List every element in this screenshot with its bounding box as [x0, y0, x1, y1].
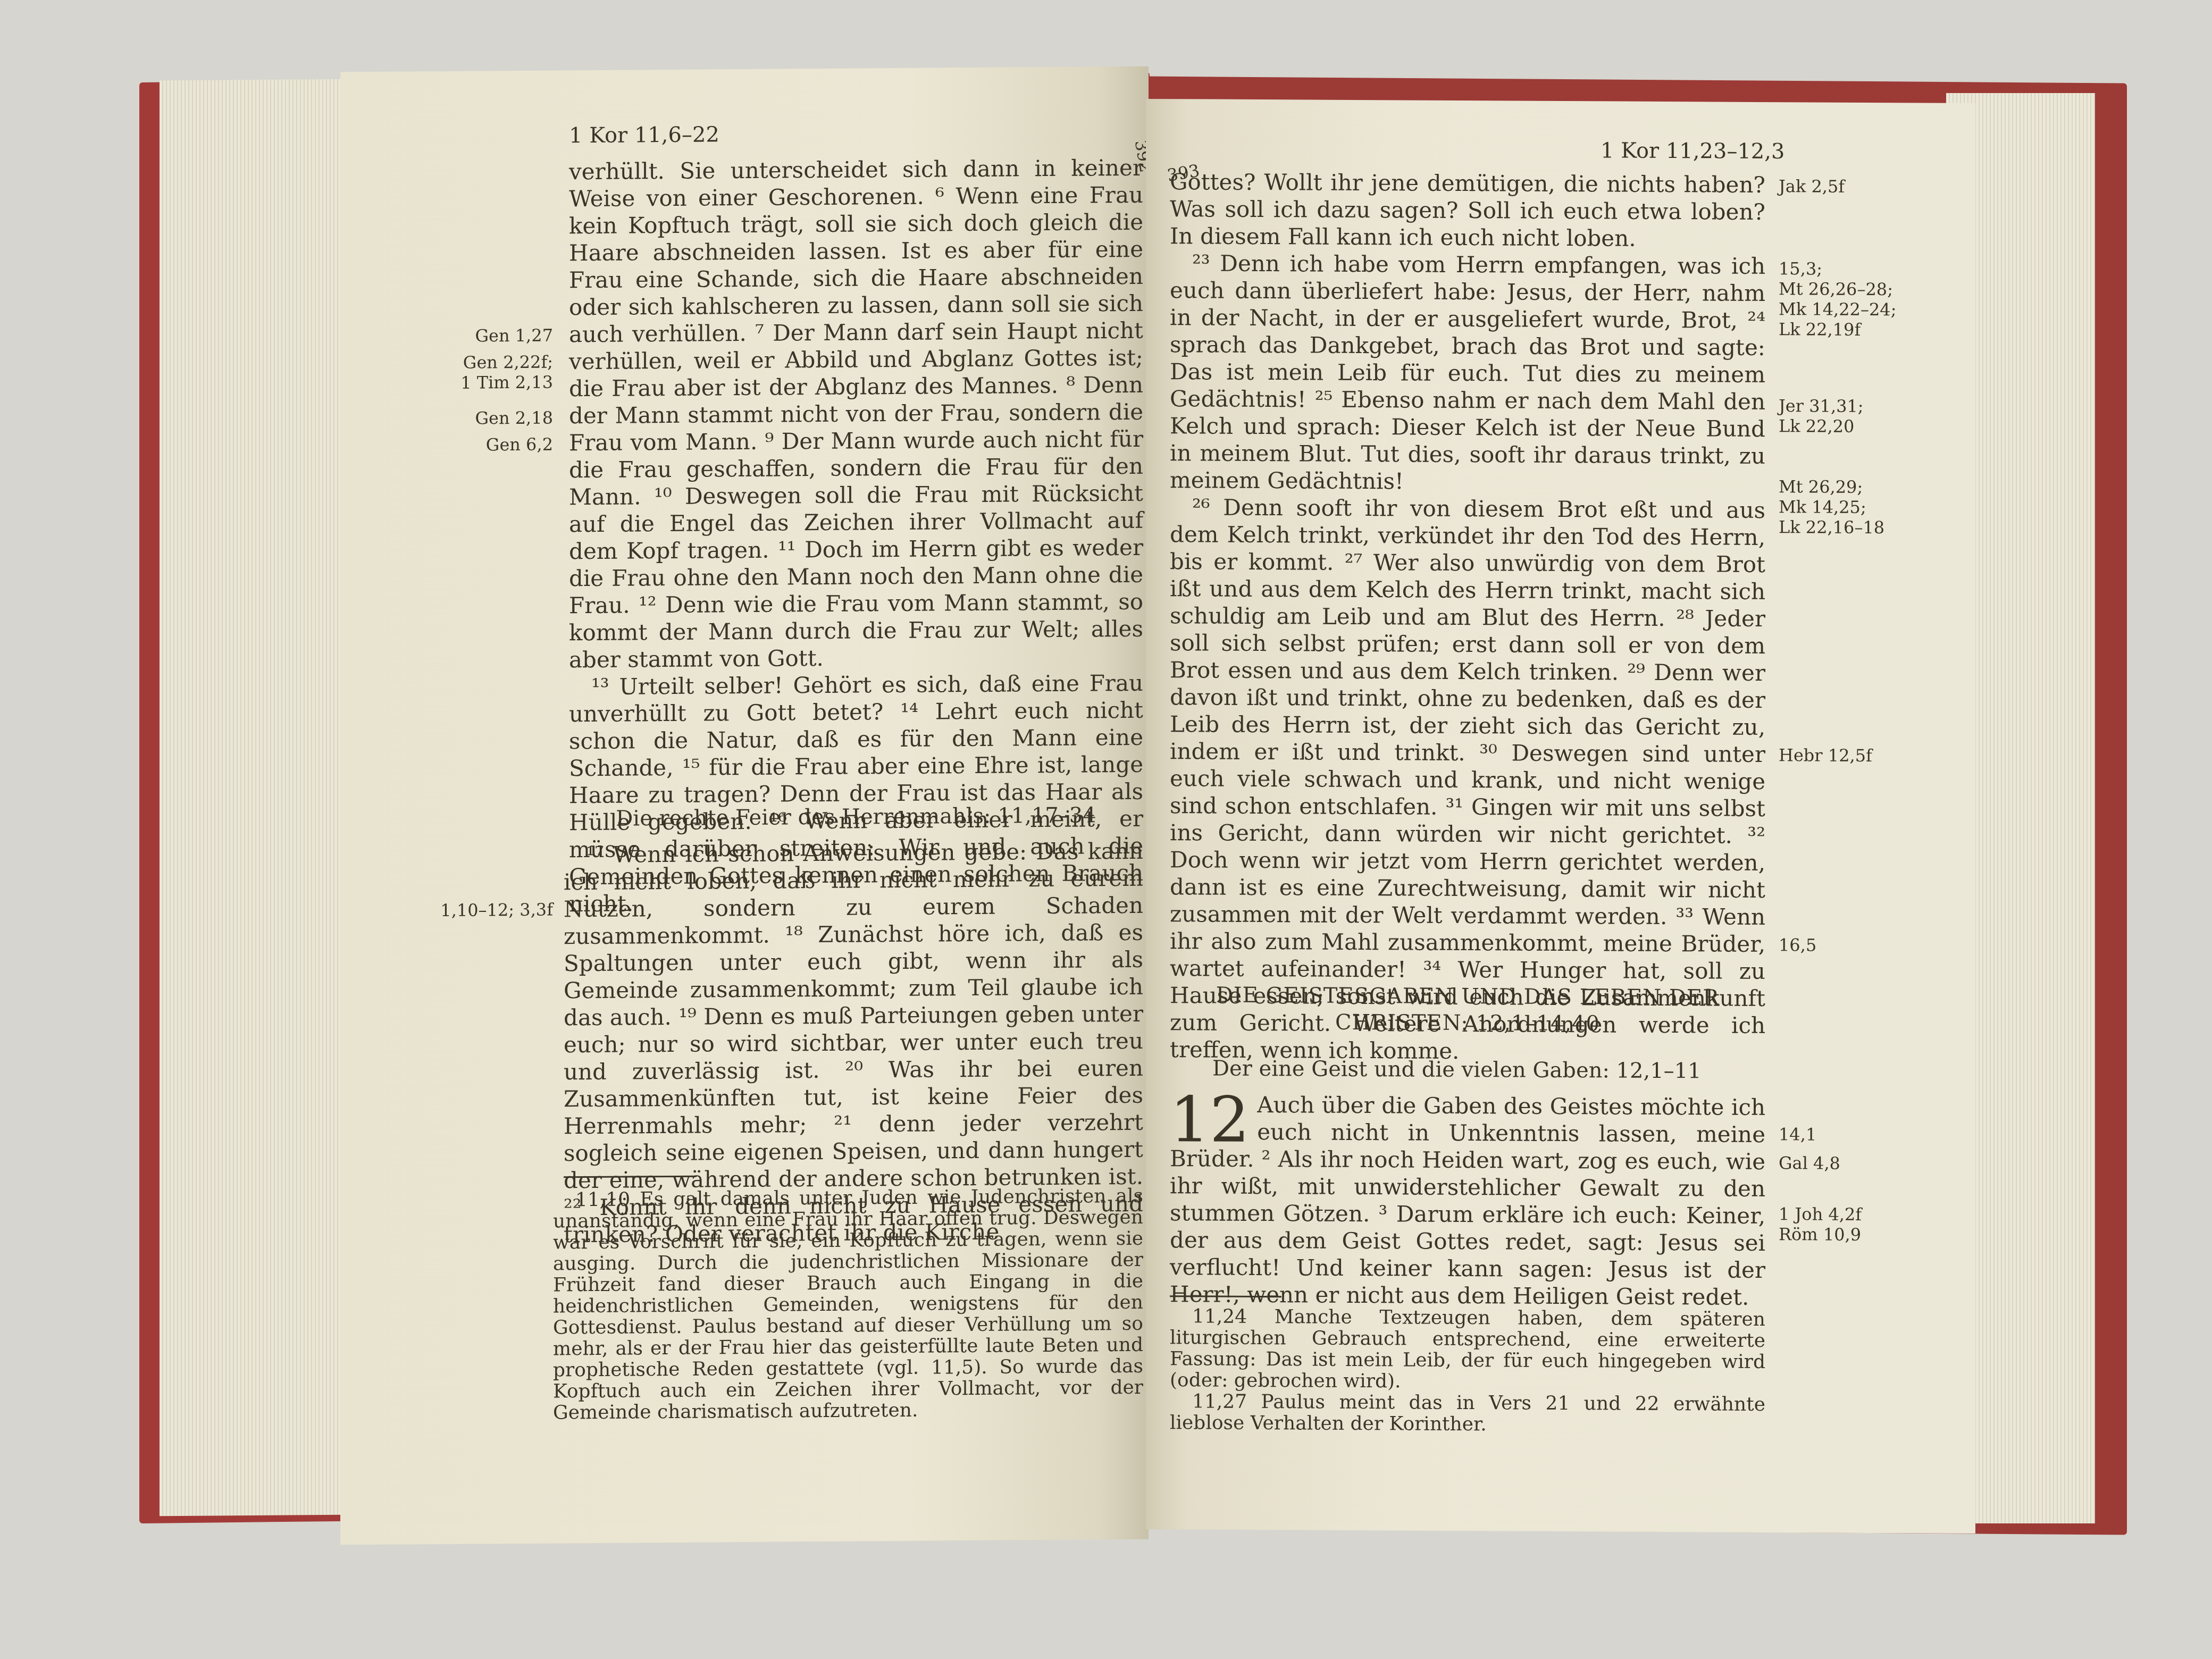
margin-ref: 16,5 [1779, 935, 1816, 954]
right-page: 1 Kor 11,23–12,3 393 Gottes? Wollt ihr j… [1146, 99, 1975, 1534]
footnote: 11,24 Manche Textzeugen haben, dem späte… [1170, 1306, 1765, 1394]
right-main-text: Gottes? Wollt ihr jene demütigen, die ni… [1170, 168, 1765, 1066]
left-footnotes: 11,10 Es galt damals unter Juden wie Jud… [553, 1186, 1143, 1424]
margin-ref: Lk 22,20 [1779, 416, 1854, 436]
margin-ref: Mk 14,22–24; [1779, 299, 1896, 319]
margin-ref: Hebr 12,5f [1779, 745, 1872, 765]
margin-ref: Röm 10,9 [1779, 1225, 1861, 1244]
margin-ref: 1 Joh 4,2f [1779, 1204, 1862, 1224]
margin-ref: Mk 14,25; [1779, 497, 1866, 517]
margin-ref: Gen 2,18 [475, 408, 553, 428]
margin-ref: Jer 31,31; [1779, 396, 1864, 416]
footnote: 11,27 Paulus meint das in Vers 21 und 22… [1170, 1391, 1765, 1437]
margin-ref: Gen 1,27 [475, 326, 553, 346]
margin-ref: Lk 22,16–18 [1779, 517, 1884, 537]
margin-ref: 15,3; [1779, 259, 1822, 278]
margin-ref: 1 Tim 2,13 [460, 373, 553, 392]
section-heading: Die rechte Feier des Herrenmahls: 11,17–… [569, 803, 1143, 832]
chapter-number: 12 [1170, 1094, 1250, 1145]
margin-ref: Mt 26,29; [1779, 477, 1863, 497]
sub-heading: Der eine Geist und die vielen Gaben: 12,… [1170, 1056, 1702, 1083]
chapter-12-text: 12 Auch über die Gaben des Geistes möcht… [1170, 1091, 1765, 1311]
paragraph: Gottes? Wollt ihr jene demütigen, die ni… [1170, 168, 1765, 253]
footnote: 11,10 Es galt damals unter Juden wie Jud… [553, 1186, 1143, 1424]
margin-ref: Jak 2,5f [1779, 177, 1845, 196]
paragraph: verhüllt. Sie unterscheidet sich dann in… [569, 154, 1143, 674]
major-heading-line-2: CHRISTEN: 12,1–14,40 [1170, 1008, 1765, 1038]
page-edges-left [160, 79, 340, 1516]
running-head-right: 1 Kor 11,23–12,3 [1601, 138, 1784, 164]
chapter-text: Auch über die Gaben des Geistes möchte i… [1170, 1092, 1765, 1310]
left-page: 1 Kor 11,6–22 392 Gen 1,27 Gen 2,22f; 1 … [340, 66, 1149, 1545]
right-footnotes: 11,24 Manche Textzeugen haben, dem späte… [1170, 1306, 1765, 1437]
margin-references-left: Gen 1,27 Gen 2,22f; 1 Tim 2,13 Gen 2,18 … [340, 71, 553, 1136]
paragraph: ²³ Denn ich habe vom Herrn empfangen, wa… [1170, 249, 1765, 497]
margin-ref: Gen 2,22f; [463, 353, 553, 372]
margin-ref: 14,1 [1779, 1125, 1816, 1144]
paragraph: ²⁶ Denn sooft ihr von diesem Brot eßt un… [1170, 493, 1765, 1066]
margin-ref: Mt 26,26–28; [1779, 279, 1893, 299]
margin-ref: Lk 22,19f [1779, 320, 1861, 339]
margin-references-right: Jak 2,5f 15,3; Mt 26,26–28; Mk 14,22–24;… [1779, 102, 1970, 1432]
running-head-left: 1 Kor 11,6–22 [569, 122, 719, 148]
margin-ref: Gal 4,8 [1779, 1153, 1840, 1173]
major-heading: DIE GEISTESGABEN UND DAS LEBEN DER CHRIS… [1170, 982, 1765, 1038]
margin-ref: Gen 6,2 [486, 435, 553, 455]
margin-ref: 1,10–12; 3,3f [440, 900, 553, 920]
major-heading-line-1: DIE GEISTESGABEN UND DAS LEBEN DER [1170, 982, 1765, 1011]
